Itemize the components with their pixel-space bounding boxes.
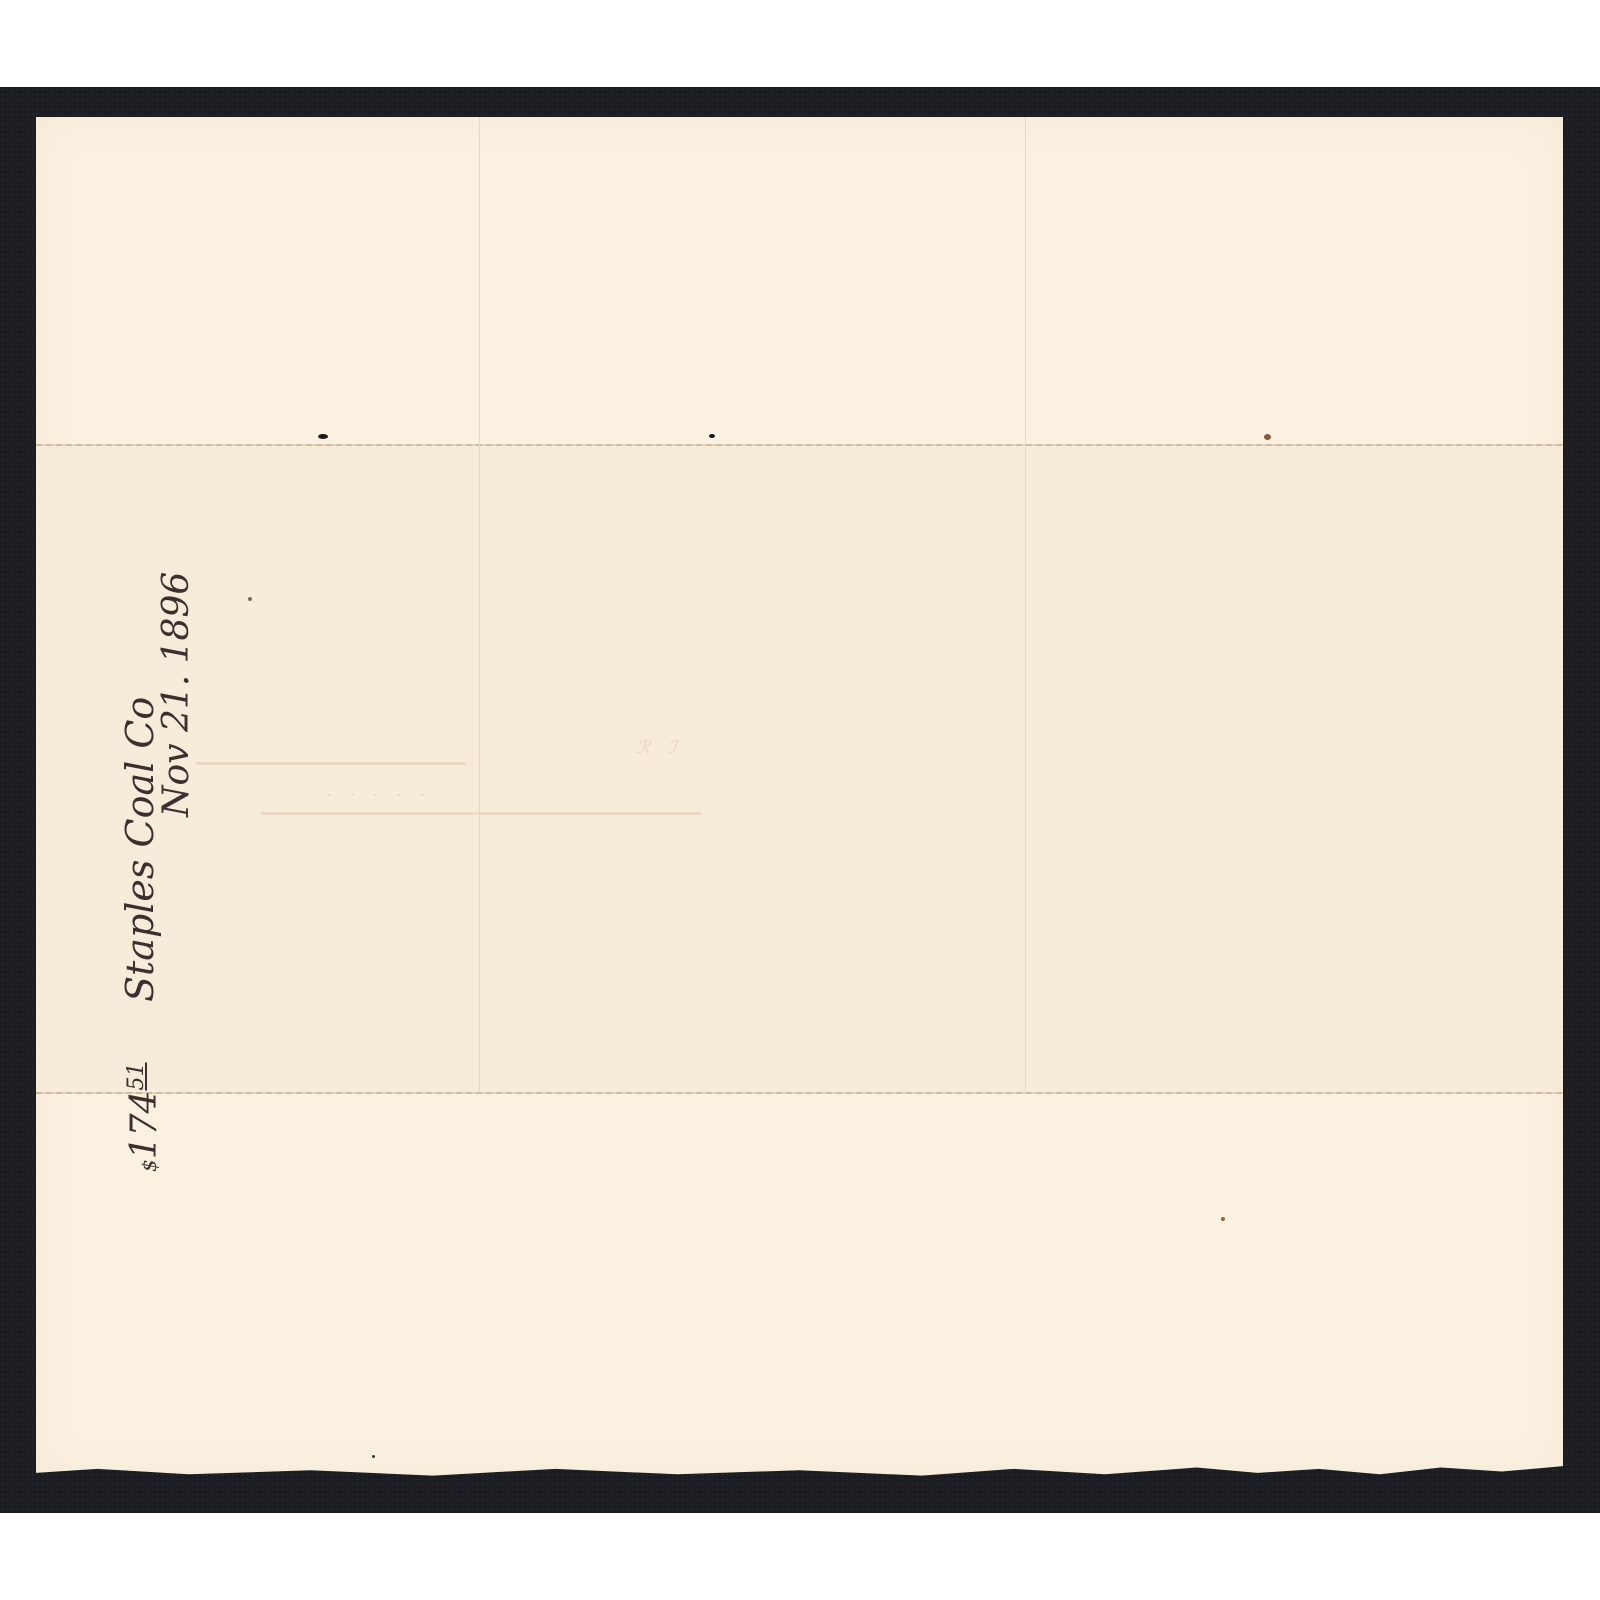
ink-speck xyxy=(709,434,715,438)
fold-line-left xyxy=(479,117,480,1092)
fold-line-top xyxy=(36,444,1563,446)
handwritten-amount: $17451 xyxy=(124,1063,165,1172)
speck xyxy=(1221,1217,1225,1221)
bleed-through-line xyxy=(196,762,466,765)
middle-panel xyxy=(36,444,1563,1092)
fold-line-right xyxy=(1025,117,1026,1092)
speck xyxy=(372,1455,375,1458)
document-paper: ℛ ℐ · · · · · Staples Coal Co Nov 21. 18… xyxy=(36,117,1563,1477)
rust-speck xyxy=(1264,434,1271,440)
fold-line-bottom xyxy=(36,1092,1563,1094)
ink-speck xyxy=(318,434,328,439)
amount-dollars: 174 xyxy=(124,1091,165,1160)
bleed-through-mark: ℛ ℐ xyxy=(636,737,683,758)
speck xyxy=(248,597,252,601)
dollar-sign: $ xyxy=(137,1159,161,1172)
handwritten-date: Nov 21. 1896 xyxy=(156,572,197,817)
bleed-through-mark: · · · · · xyxy=(326,785,432,806)
bleed-through-line xyxy=(261,812,701,815)
amount-cents: 51 xyxy=(124,1063,149,1091)
